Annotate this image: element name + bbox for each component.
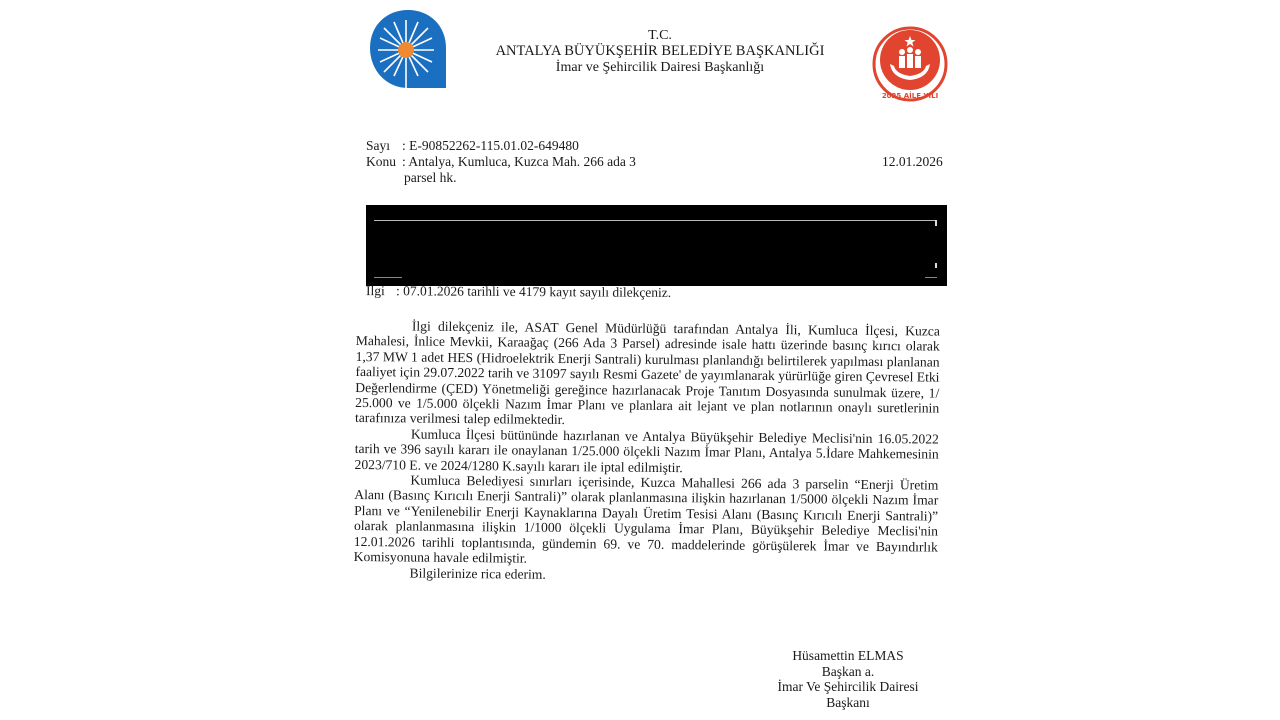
body-paragraph-1: İlgi dilekçeniz ile, ASAT Genel Müdürlüğ…: [355, 318, 940, 431]
header-department: İmar ve Şehircilik Dairesi Başkanlığı: [480, 60, 840, 75]
header-organization: ANTALYA BÜYÜKŞEHİR BELEDİYE BAŞKANLIĞI: [480, 44, 840, 59]
antalya-municipality-logo-icon: [368, 8, 448, 92]
ilgi-label: İlgi: [366, 283, 396, 299]
signatory-title-3: Başkanı: [748, 695, 948, 711]
family-year-logo-icon: 2025 AİLE YILI: [870, 26, 950, 102]
konu-value-continued: parsel hk.: [404, 170, 456, 185]
signatory-title-1: Başkan a.: [748, 664, 948, 680]
sayi-value: : E-90852262-115.01.02-649480: [402, 138, 579, 153]
signatory-title-2: İmar Ve Şehircilik Dairesi: [748, 679, 948, 695]
svg-text:2025 AİLE YILI: 2025 AİLE YILI: [882, 91, 938, 100]
body-paragraph-3: Kumluca Belediyesi sınırları içerisinde,…: [354, 472, 939, 570]
ilgi-row: İlgi: 07.01.2026 tarihli ve 4179 kayıt s…: [366, 283, 671, 301]
letter-body: İlgi dilekçeniz ile, ASAT Genel Müdürlüğ…: [353, 318, 939, 586]
konu-row: Konu: Antalya, Kumluca, Kuzca Mah. 266 a…: [366, 154, 636, 169]
redacted-recipient-block: [366, 205, 947, 286]
konu-label: Konu: [366, 154, 402, 169]
konu-value: : Antalya, Kumluca, Kuzca Mah. 266 ada 3: [402, 154, 636, 169]
sayi-row: Sayı: E-90852262-115.01.02-649480: [366, 138, 579, 153]
signatory-name: Hüsamettin ELMAS: [748, 648, 948, 664]
ilgi-value: : 07.01.2026 tarihli ve 4179 kayıt sayıl…: [396, 283, 671, 300]
sayi-label: Sayı: [366, 138, 402, 153]
signature-block: Hüsamettin ELMAS Başkan a. İmar Ve Şehir…: [748, 648, 948, 710]
header-country: T.C.: [480, 28, 840, 43]
document-date: 12.01.2026: [882, 154, 943, 169]
body-paragraph-2: Kumluca İlçesi bütününde hazırlanan ve A…: [355, 426, 939, 478]
